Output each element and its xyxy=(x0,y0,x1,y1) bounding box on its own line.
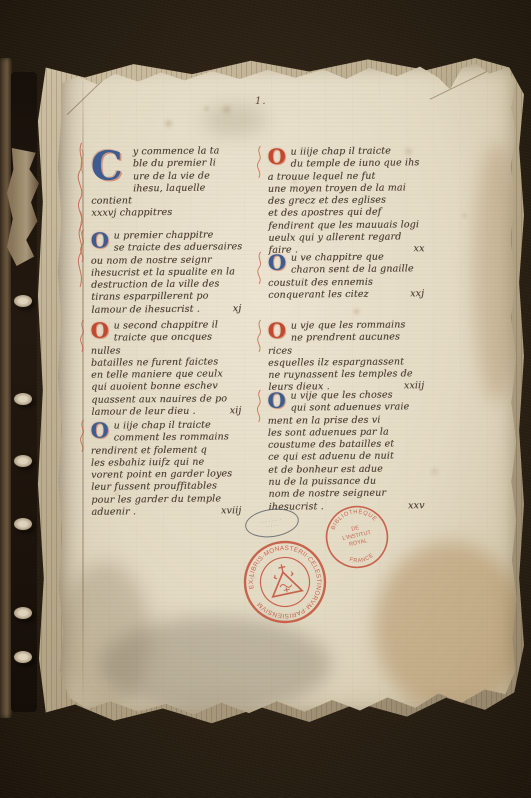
penwork-flourish xyxy=(254,251,266,285)
foxing-spots xyxy=(55,62,58,65)
chapter-number: xxj xyxy=(410,288,424,300)
damp-stain xyxy=(100,617,330,712)
monastery-stamp: EX·LIBRIS·MONASTERII·CELESTINORVM·PARISI… xyxy=(230,527,339,636)
illuminated-initial: O xyxy=(268,320,288,342)
sewing-cord xyxy=(14,393,32,405)
entry-text: u vje que les rommains ne prendrent aucu… xyxy=(268,319,427,394)
smudge xyxy=(203,104,267,136)
entry-text: u ve chappitre que charon sent de la gna… xyxy=(268,251,427,302)
toc-entry-ch2: O u second chappitre il traicte que oncq… xyxy=(90,319,243,419)
sewing-cord xyxy=(14,607,32,619)
mount-and-cross-emblem xyxy=(267,561,303,597)
penwork-flourish xyxy=(253,145,265,179)
illuminated-initial: O xyxy=(267,146,287,168)
toc-entry-ch4: O u iiije chap il traicte du temple de i… xyxy=(267,145,426,257)
illuminated-initial: O xyxy=(267,390,287,412)
entry-text: u iiije chap il traicte du temple de iun… xyxy=(267,145,426,257)
damp-stain xyxy=(60,562,150,712)
entry-text: u second chappitre il traicte que oncque… xyxy=(90,319,243,419)
chapter-number: xviij xyxy=(221,505,242,518)
chapter-number: xij xyxy=(230,405,242,417)
illuminated-initial: O xyxy=(90,420,110,442)
entry-text: u iije chap il traicte comment les romma… xyxy=(90,419,243,519)
svg-text:EX·LIBRIS·MONASTERII·CELESTINO: EX·LIBRIS·MONASTERII·CELESTINORVM·PARISI… xyxy=(241,538,329,626)
illuminated-initial: O xyxy=(90,320,110,342)
entry-text: u premier chappitre se traicte des aduer… xyxy=(91,229,244,317)
sewing-cord xyxy=(14,651,32,663)
penwork-flourish xyxy=(254,319,266,353)
toc-entry-ch7: O u vije que les choses qui sont aduenue… xyxy=(267,389,426,514)
sewing-cord xyxy=(14,518,32,530)
folio-number: 1. xyxy=(255,96,267,107)
toc-entry-ch6: O u vje que les rommains ne prendrent au… xyxy=(268,319,427,394)
entry-text: u vije que les choses qui sont aduenues … xyxy=(267,389,426,514)
toc-entry-ch1: O u premier chappitre se traicte des adu… xyxy=(91,229,244,317)
library-stamp: BIBLIOTHÈQUE DE L'INSTITUT ROYAL FRANCE xyxy=(317,497,398,578)
penwork-flourish xyxy=(253,389,265,423)
sewing-cord xyxy=(14,295,32,307)
gutter-crease xyxy=(82,68,84,709)
illuminated-initial: C xyxy=(91,146,133,192)
water-stain xyxy=(375,542,525,712)
manuscript-leaf: 1. C y commence la ta ble du premier li … xyxy=(55,62,517,717)
sewing-cord xyxy=(14,455,32,467)
toc-entry-ch3: O u iije chap il traicte comment les rom… xyxy=(90,419,243,519)
manuscript-photo: 1. C y commence la ta ble du premier li … xyxy=(0,0,531,798)
illuminated-initial: O xyxy=(268,252,288,274)
oval-stamp-line2: ····· xyxy=(265,522,280,529)
toc-entry-ch5: O u ve chappitre que charon sent de la g… xyxy=(268,251,427,302)
monastery-stamp-ring-text: EX·LIBRIS·MONASTERII·CELESTINORVM·PARISI… xyxy=(241,538,329,626)
illuminated-initial: O xyxy=(91,230,111,252)
chapter-number: xj xyxy=(233,303,242,315)
toc-entry-incipit: C y commence la ta ble du premier li ure… xyxy=(91,145,244,220)
chapter-number: xxv xyxy=(408,500,425,512)
